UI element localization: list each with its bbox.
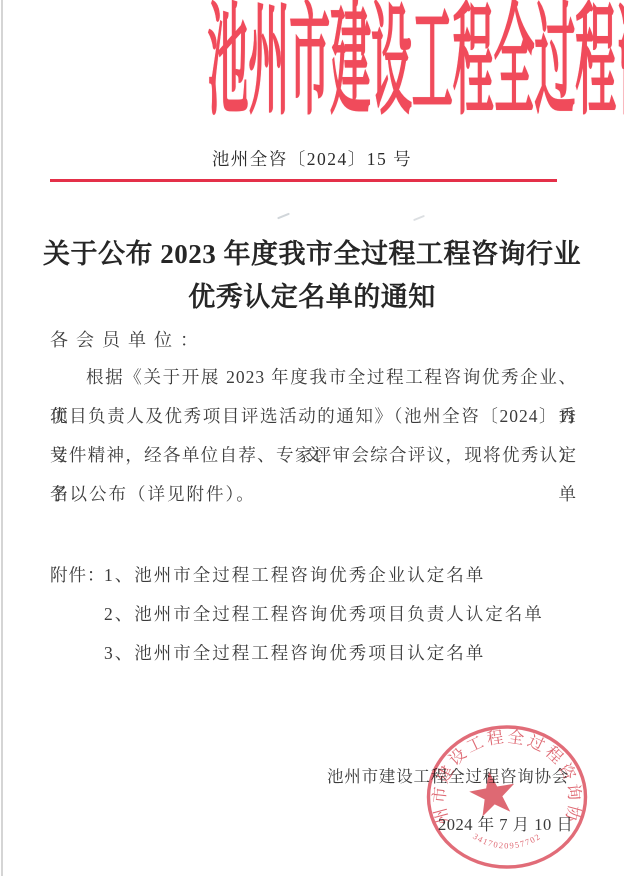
letterhead-org-name: 池州市建设工程全过程咨询协会 (207, 0, 416, 129)
seal-ring-text: 池州市建设工程全过程咨询协会 (423, 721, 585, 827)
doc-number: 池州全咨〔2024〕15 号 (0, 146, 624, 171)
scan-edge-shadow (1, 0, 3, 876)
attachment-item: 2、池州市全过程工程咨询优秀项目负责人认定名单 (104, 604, 544, 624)
attachments-list: 附件：1、池州市全过程工程咨询优秀企业认定名单 2、池州市全过程工程咨询优秀项目… (50, 556, 595, 673)
body-paragraph: 根据《关于开展 2023 年度我市全过程工程咨询优秀企业、优秀 项目负责人及优秀… (50, 358, 577, 514)
notice-title-line1: 关于公布 2023 年度我市全过程工程咨询行业 (0, 233, 624, 276)
notice-title-line2: 优秀认定名单的通知 (0, 276, 624, 319)
attachment-row: 附件：1、池州市全过程工程咨询优秀企业认定名单 (50, 556, 595, 595)
attachment-row: 3、池州市全过程工程咨询优秀项目认定名单 (50, 634, 595, 673)
paragraph-line: 根据《关于开展 2023 年度我市全过程工程咨询优秀企业、优秀 (50, 358, 577, 397)
attachments-label: 附件： (50, 556, 104, 595)
scanned-notice-page: { "header": { "org_name": "池州市建设工程全过程咨询协… (0, 0, 624, 876)
seal-serial-number: 3417020957702 (471, 831, 543, 851)
attachment-row: 2、池州市全过程工程咨询优秀项目负责人认定名单 (50, 595, 595, 634)
scan-scratch-mark (413, 215, 425, 221)
paragraph-line: 文件精神，经各单位自荐、专家评审会综合评议，现将优秀认定名单 (50, 436, 577, 475)
notice-title: 关于公布 2023 年度我市全过程工程咨询行业 优秀认定名单的通知 (0, 233, 624, 319)
paragraph-line: 项目负责人及优秀项目评选活动的通知》（池州全咨〔2024〕11 号文） (50, 397, 577, 436)
attachment-item: 1、池州市全过程工程咨询优秀企业认定名单 (104, 565, 485, 585)
official-seal: 池州市建设工程全过程咨询协会 3417020957702 (423, 721, 591, 873)
red-divider-rule (50, 179, 557, 182)
salutation: 各会员单位： (50, 326, 206, 352)
seal-star-icon (466, 767, 518, 818)
attachment-item: 3、池州市全过程工程咨询优秀项目认定名单 (104, 643, 485, 663)
scan-scratch-mark (277, 213, 290, 220)
